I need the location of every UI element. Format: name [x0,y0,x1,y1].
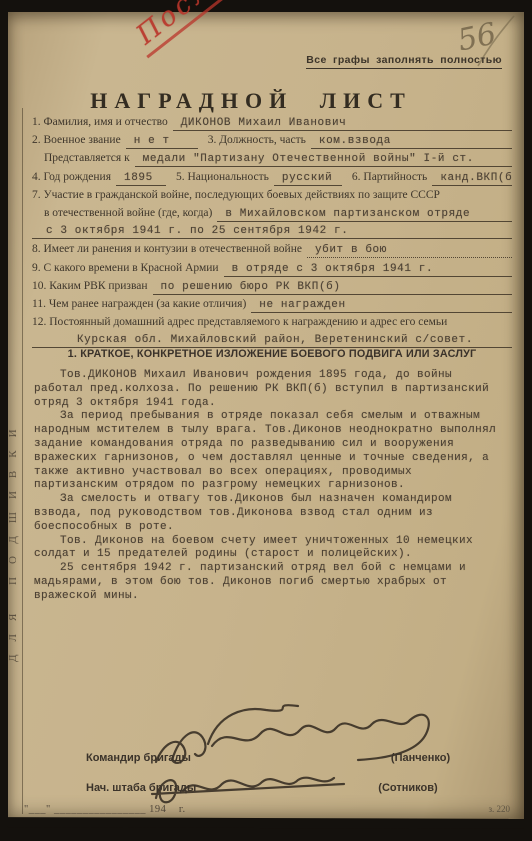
field-rank-label: 2. Военное звание [32,134,126,146]
field-home-address-label: 12. Постоянный домашний адрес представля… [32,316,517,328]
feat-paragraph: За период пребывания в отряде показал се… [34,410,502,493]
field-previous-awards-label: 11. Чем ранее награжден (за какие отличи… [32,298,251,310]
feat-paragraph: Тов. Диконов на боевом счету имеет уничт… [34,535,502,563]
signature-panchenko-ink [148,700,448,778]
field-name: 1. Фамилия, имя и отчество ДИКОНОВ Михаи… [32,116,512,134]
footer: "___" ________________ 194 г. з. 220 [24,804,510,815]
commander-name: (Панченко) [391,752,450,764]
signature-row-commander: Командир бригады (Панченко) [86,752,450,764]
print-order-reference: з. 220 [488,804,510,814]
field-previous-awards-value: не награжден [251,299,512,313]
field-army-since-label: 9. С какого времени в Красной Армии [32,262,224,274]
commander-label: Командир бригады [86,752,191,764]
field-award: Представляется к медали "Партизану Отече… [32,152,512,170]
field-nationality-value: русский [274,172,342,186]
fill-all-fields-note: Все графы заполнять полностью [306,54,502,69]
feat-paragraph: Тов.ДИКОНОВ Михаил Иванович рождения 189… [34,369,502,410]
filing-margin-rule [22,108,23,814]
field-war-where-value: в Михайловском партизанском отряде [217,208,512,222]
field-award-value: медали "Партизану Отечественной войны" I… [135,153,512,167]
field-home-address-value: Курская обл. Михайловский район, Веретен… [32,334,512,348]
field-war-participation-label: 7. Участие в гражданской войне, последую… [32,189,517,201]
section-heading: 1. КРАТКОЕ, КОНКРЕТНОЕ ИЗЛОЖЕНИЕ БОЕВОГО… [32,348,512,360]
field-previous-awards: 11. Чем ранее награжден (за какие отличи… [32,298,512,316]
feat-description: Тов.ДИКОНОВ Михаил Иванович рождения 189… [34,369,502,604]
field-wounds-label: 8. Имеет ли ранения и контузии в отечест… [32,243,307,255]
field-birthyear-label: 4. Год рождения [32,171,116,183]
field-party-value: канд.ВКП(б) [432,172,512,186]
field-birthyear-value: 1895 [116,172,166,186]
field-drafted-by-label: 10. Каким РВК призван [32,280,153,292]
scanned-award-document: { "page": { "stamp_text": "Посмертно", "… [0,0,532,841]
chief-of-staff-name: (Сотников) [378,782,437,794]
field-army-since-value: в отряде с 3 октября 1941 г. [224,263,512,277]
field-home-address-line1: 12. Постоянный домашний адрес представля… [32,316,512,334]
feat-paragraph: За смелость и отвагу тов.Диконов был наз… [34,493,502,534]
field-drafted-by: 10. Каким РВК призван по решению бюро РК… [32,280,512,298]
field-war-participation-line1: 7. Участие в гражданской войне, последую… [32,189,512,207]
field-nationality-label: 5. Национальность [166,171,274,183]
field-party-label: 6. Партийность [342,171,432,183]
page-bottom-edge [8,817,524,829]
document-page: ДЛЯ ПОДШИВКИ Посмертно 56 Все графы запо… [8,12,524,822]
document-title: НАГРАДНОЙ ЛИСТ [8,88,494,114]
field-wounds-value: убит в бою [307,244,512,258]
field-name-label: 1. Фамилия, имя и отчество [32,116,173,128]
field-war-where-label: в отечественной войне (где, когда) [32,207,217,219]
field-position-value: ком.взвода [311,135,512,149]
field-award-label: Представляется к [32,152,135,164]
field-war-dates-value: с 3 октября 1941 г. по 25 сентября 1942 … [32,225,512,239]
field-wounds: 8. Имеет ли ранения и контузии в отечест… [32,243,512,261]
field-war-participation-line2: в отечественной войне (где, когда) в Мих… [32,207,512,225]
field-rank-value: н е т [126,135,198,149]
field-name-value: ДИКОНОВ Михаил Иванович [173,117,512,131]
field-rank-position: 2. Военное звание н е т 3. Должность, ча… [32,134,512,152]
form-fields: 1. Фамилия, имя и отчество ДИКОНОВ Михаи… [32,116,512,352]
field-war-participation-line3: с 3 октября 1941 г. по 25 сентября 1942 … [32,225,512,243]
filing-margin-text: ДЛЯ ПОДШИВКИ [7,212,19,662]
red-handwritten-stamp: Посмертно [126,0,319,58]
field-army-since: 9. С какого времени в Красной Армии в от… [32,262,512,280]
field-position-label: 3. Должность, часть [198,134,311,146]
signature-row-chief-of-staff: Нач. штаба бригады (Сотников) [86,782,438,794]
date-blank-line: "___" ________________ 194 г. [24,804,186,815]
field-birth-nationality-party: 4. Год рождения 1895 5. Национальность р… [32,171,512,189]
chief-of-staff-label: Нач. штаба бригады [86,782,196,794]
field-drafted-by-value: по решению бюро РК ВКП(б) [153,281,512,295]
feat-paragraph: 25 сентября 1942 г. партизанский отряд в… [34,562,502,603]
